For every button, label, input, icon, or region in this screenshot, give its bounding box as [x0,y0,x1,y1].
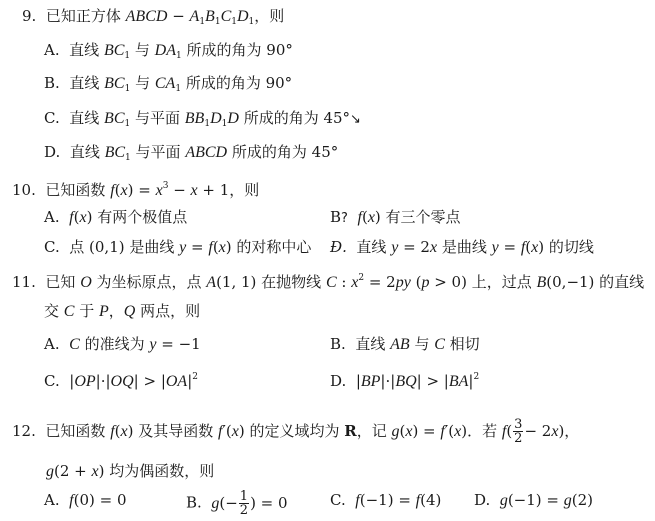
q10-option-b: B? f(x) 有三个零点 [330,207,461,229]
q9-stem-text: 已知正方体 ABCD − A1B1C1D1，则 [41,7,284,25]
q10-number: 10. [12,180,36,200]
q12-stem-line2: g(2 + x) 均为偶函数，则 [46,461,214,482]
q12-stem-line1: 12. 已知函数 f(x) 及其导函数 f′(x) 的定义域均为 R，记 g(x… [12,418,579,445]
q11-option-d: D. |BP|·|BQ| > |BA|2 [330,367,479,392]
q11-number: 11. [12,272,36,292]
crossed-label-b: B? [330,208,348,226]
q12-option-b: B. g(−12) = 0 [186,490,288,517]
q12-option-d: D. g(−1) = g(2) [474,490,593,511]
q12-option-a: A. f(0) = 0 [44,490,127,511]
crossed-label-d: Ɖ. [330,238,347,256]
q11-stem-line1: 11. 已知 O 为坐标原点，点 A(1, 1) 在抛物线 C : x2 = 2… [12,268,644,293]
q10-option-d: Ɖ. 直线 y = 2x 是曲线 y = f(x) 的切线 [330,237,594,258]
q9-number: 9. [22,6,36,26]
q10-option-c: C. 点 (0,1) 是曲线 y = f(x) 的对称中心 [44,237,311,258]
handwritten-check-mark-icon: ↘ [350,112,361,127]
q11-option-b: B. 直线 AB 与 C 相切 [330,334,480,355]
q11-option-c: C. |OP|·|OQ| > |OA|2 [44,367,198,392]
q12-option-c: C. f(−1) = f(4) [330,490,441,511]
q10-stem: 10. 已知函数 f(x) = x3 − x + 1，则 [12,176,259,201]
q11-option-a: A. C 的准线为 y = −1 [44,334,201,355]
q12-number: 12. [12,421,36,441]
q9-option-d: D. 直线 BC1 与平面 ABCD 所成的角为 45° [44,142,338,168]
q10-option-a: A. f(x) 有两个极值点 [44,207,187,228]
q9-option-b: B. 直线 BC1 与 CA1 所成的角为 90° [44,73,292,99]
q11-stem-line2: 交 C 于 P，Q 两点，则 [44,301,200,322]
q9-option-a: A. 直线 BC1 与 DA1 所成的角为 90° [44,40,293,66]
q9-option-c: C. 直线 BC1 与平面 BB1D1D 所成的角为 45°↘ [44,108,361,134]
q9-stem: 9. 已知正方体 ABCD − A1B1C1D1，则 [22,6,284,32]
